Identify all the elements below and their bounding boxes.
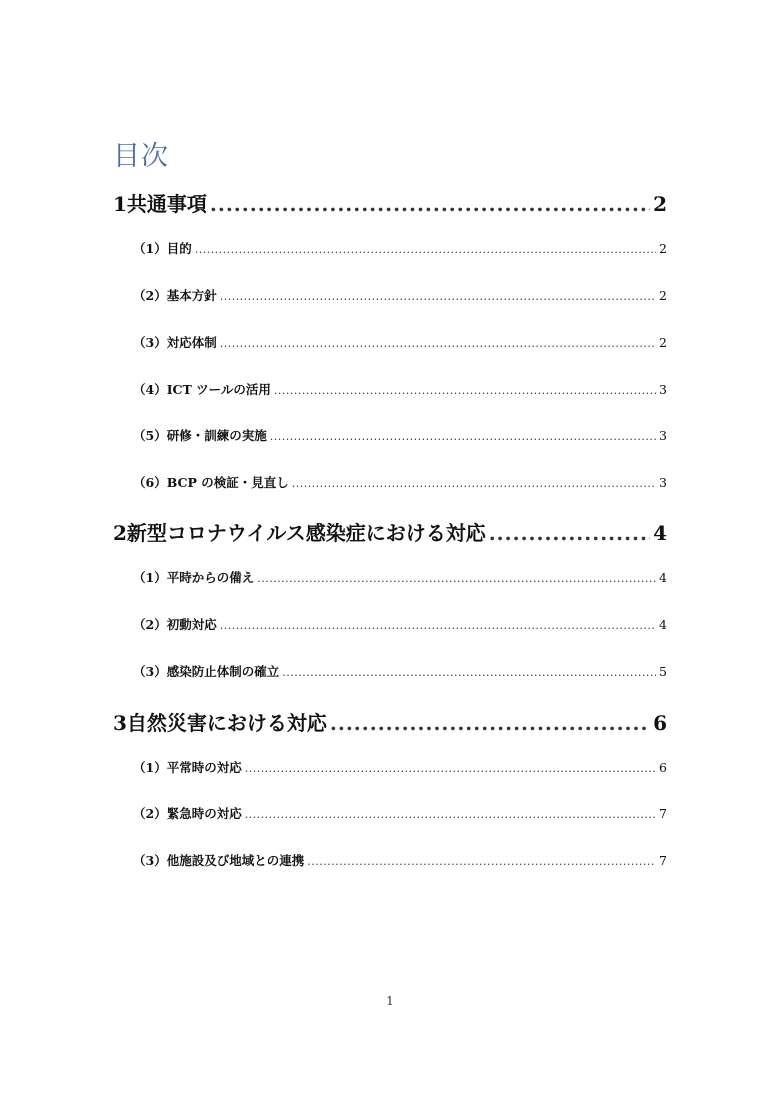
leader-dots [257, 572, 656, 585]
toc-section-label: 3自然災害における対応 [113, 707, 327, 736]
leader-dots [274, 384, 656, 397]
leader-dots [245, 808, 656, 821]
toc-page-number: 4 [653, 521, 667, 545]
leader-dots [270, 430, 656, 443]
toc-item-1-3[interactable]: （3）対応体制 2 [133, 333, 667, 351]
toc-page-number: 7 [659, 806, 667, 821]
toc-page-number: 3 [659, 428, 667, 443]
toc-item-label: （1）目的 [133, 239, 192, 257]
toc-item-1-1[interactable]: （1）目的 2 [133, 239, 667, 257]
leader-dots [282, 666, 656, 679]
toc-item-2-3[interactable]: （3）感染防止体制の確立 5 [133, 662, 667, 680]
leader-dots [489, 521, 650, 545]
toc-item-label: （2）初動対応 [133, 615, 217, 633]
toc-item-label: （3）対応体制 [133, 333, 217, 351]
toc-title: 目次 [113, 134, 169, 173]
toc-item-3-3[interactable]: （3）他施設及び地域との連携 7 [133, 851, 667, 869]
toc-page-number: 3 [659, 382, 667, 397]
leader-dots [307, 855, 656, 868]
toc-item-1-4[interactable]: （4）ICT ツールの活用 3 [133, 380, 667, 398]
toc-section-label: 2新型コロナウイルス感染症における対応 [113, 517, 486, 546]
toc-item-3-1[interactable]: （1）平常時の対応 6 [133, 758, 667, 776]
toc-item-label: （5）研修・訓練の実施 [133, 426, 267, 444]
toc-section-2[interactable]: 2新型コロナウイルス感染症における対応 4 [113, 517, 667, 546]
toc-item-1-2[interactable]: （2）基本方針 2 [133, 286, 667, 304]
toc-page-number: 2 [659, 288, 667, 303]
leader-dots [245, 762, 656, 775]
toc-item-label: （3）感染防止体制の確立 [133, 662, 279, 680]
toc-item-2-1[interactable]: （1）平時からの備え 4 [133, 568, 667, 586]
toc-item-1-5[interactable]: （5）研修・訓練の実施 3 [133, 426, 667, 444]
toc-page-number: 5 [659, 664, 667, 679]
leader-dots [330, 711, 650, 735]
toc-item-label: （4）ICT ツールの活用 [133, 380, 271, 398]
leader-dots [292, 477, 656, 490]
toc-item-label: （2）基本方針 [133, 286, 217, 304]
toc-item-1-6[interactable]: （6）BCP の検証・見直し 3 [133, 473, 667, 491]
toc-page-number: 6 [659, 760, 667, 775]
toc-page-number: 2 [653, 192, 667, 216]
toc-item-2-2[interactable]: （2）初動対応 4 [133, 615, 667, 633]
toc-item-label: （3）他施設及び地域との連携 [133, 851, 304, 869]
leader-dots [220, 290, 656, 303]
toc-item-3-2[interactable]: （2）緊急時の対応 7 [133, 804, 667, 822]
leader-dots [220, 337, 656, 350]
page-number: 1 [0, 994, 780, 1008]
toc-item-label: （2）緊急時の対応 [133, 804, 242, 822]
toc-page-number: 4 [659, 570, 667, 585]
toc-page-number: 6 [653, 711, 667, 735]
leader-dots [220, 619, 656, 632]
toc-page-number: 3 [659, 475, 667, 490]
toc-page-number: 2 [659, 335, 667, 350]
toc-item-label: （1）平常時の対応 [133, 758, 242, 776]
toc-section-3[interactable]: 3自然災害における対応 6 [113, 707, 667, 736]
toc-page-number: 2 [659, 241, 667, 256]
leader-dots [195, 243, 656, 256]
toc-section-1[interactable]: 1共通事項 2 [113, 188, 667, 217]
toc-page-number: 7 [659, 853, 667, 868]
leader-dots [210, 192, 650, 216]
toc-page-number: 4 [659, 617, 667, 632]
toc-section-label: 1共通事項 [113, 188, 207, 217]
toc-item-label: （1）平時からの備え [133, 568, 254, 586]
toc-item-label: （6）BCP の検証・見直し [133, 473, 289, 491]
